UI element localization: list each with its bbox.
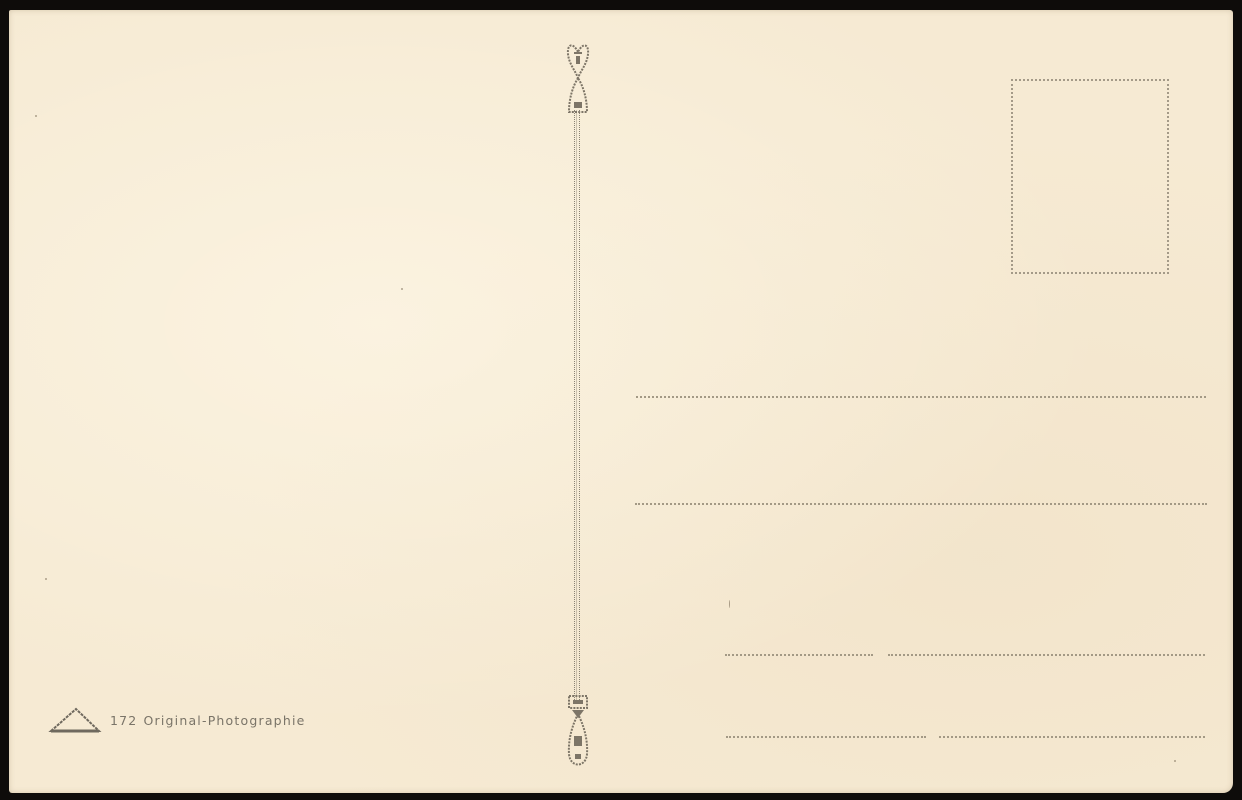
paper-speck <box>45 578 47 580</box>
address-line-3-right <box>888 654 1205 656</box>
address-line-2 <box>635 503 1207 505</box>
divider-rule <box>574 110 580 700</box>
paper-speck <box>35 115 37 117</box>
triangle-logo-icon <box>48 707 102 733</box>
paper-speck <box>401 288 403 290</box>
stamp-box <box>1011 79 1169 274</box>
ornament-top-icon <box>563 40 593 118</box>
card-number: 172 <box>110 713 137 728</box>
paper-speck <box>729 600 730 608</box>
center-divider <box>563 32 593 772</box>
address-line-1 <box>636 396 1206 398</box>
address-line-4-right <box>939 736 1205 738</box>
ornament-bottom-icon <box>563 692 593 774</box>
address-line-3-left <box>725 654 873 656</box>
paper-speck <box>1174 760 1176 762</box>
scan-background: 172Original-Photographie <box>0 0 1242 800</box>
address-line-4-left <box>726 736 926 738</box>
publisher-mark: 172Original-Photographie <box>48 707 306 733</box>
postcard-back <box>9 10 1233 793</box>
publisher-caption: Original-Photographie <box>143 713 305 728</box>
publisher-text: 172Original-Photographie <box>110 713 306 728</box>
